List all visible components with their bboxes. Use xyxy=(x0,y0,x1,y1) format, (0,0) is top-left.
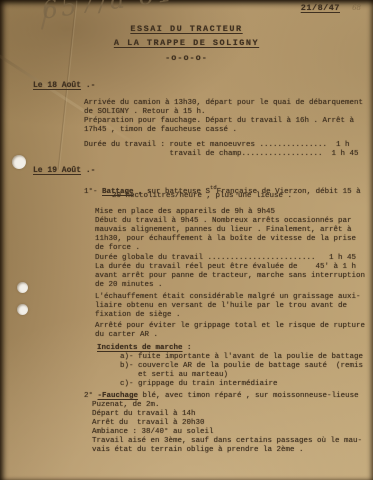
punch-hole xyxy=(17,282,28,293)
heading-aug19: Le 19 Août .- xyxy=(33,166,95,175)
paragraph-battage-setup: Mise en place des appareils de 9h à 9h45… xyxy=(95,208,356,253)
punch-hole xyxy=(17,304,28,315)
paragraph-battage-duration: Durée globale du travail ...............… xyxy=(95,254,365,290)
document-title: ESSAI DU TRACTEUR xyxy=(0,25,373,34)
scanned-document-page: 657/a 61 68 21/8/47 ESSAI DU TRACTEUR A … xyxy=(0,0,373,480)
paragraph-stop-reason: Arrêté pour éviter le grippage total et … xyxy=(95,322,365,340)
punch-hole xyxy=(12,155,26,169)
document-date: 21/8/47 xyxy=(301,4,340,13)
paragraph-overheating: L'échauffement était considérable malgré… xyxy=(95,293,361,320)
title-separator: -o-o-o- xyxy=(0,54,373,63)
document-subtitle: A LA TRAPPE DE SOLIGNY xyxy=(0,39,373,48)
heading-aug18: Le 18 Août .- xyxy=(33,81,95,90)
handwritten-reference: 657/a 61 xyxy=(40,0,222,25)
item2-fauchage-line2: Puzenat, de 2m. xyxy=(92,401,160,410)
incidents-list: a)- fuite importante à l'avant de la pou… xyxy=(120,353,363,389)
item2-fauchage-line: 2° -Fauchage blé, avec timon réparé , su… xyxy=(84,392,359,401)
item1-battage-line2: 20 hectolitres/heure , plus une lieuse . xyxy=(112,192,292,201)
superscript-std: td xyxy=(210,184,217,191)
heading-incidents: Incidents de marche : xyxy=(97,344,192,353)
paragraph-aug18-arrival: Arrivée du camion à 13h30, départ pour l… xyxy=(84,99,363,135)
paragraph-aug18-duration: Durée du travail : route et manoeuvres .… xyxy=(84,141,359,159)
paragraph-fauchage-details: Départ du travail à 14h Arrêt du travail… xyxy=(92,410,362,455)
corner-pencil-mark: 68 xyxy=(352,4,361,12)
